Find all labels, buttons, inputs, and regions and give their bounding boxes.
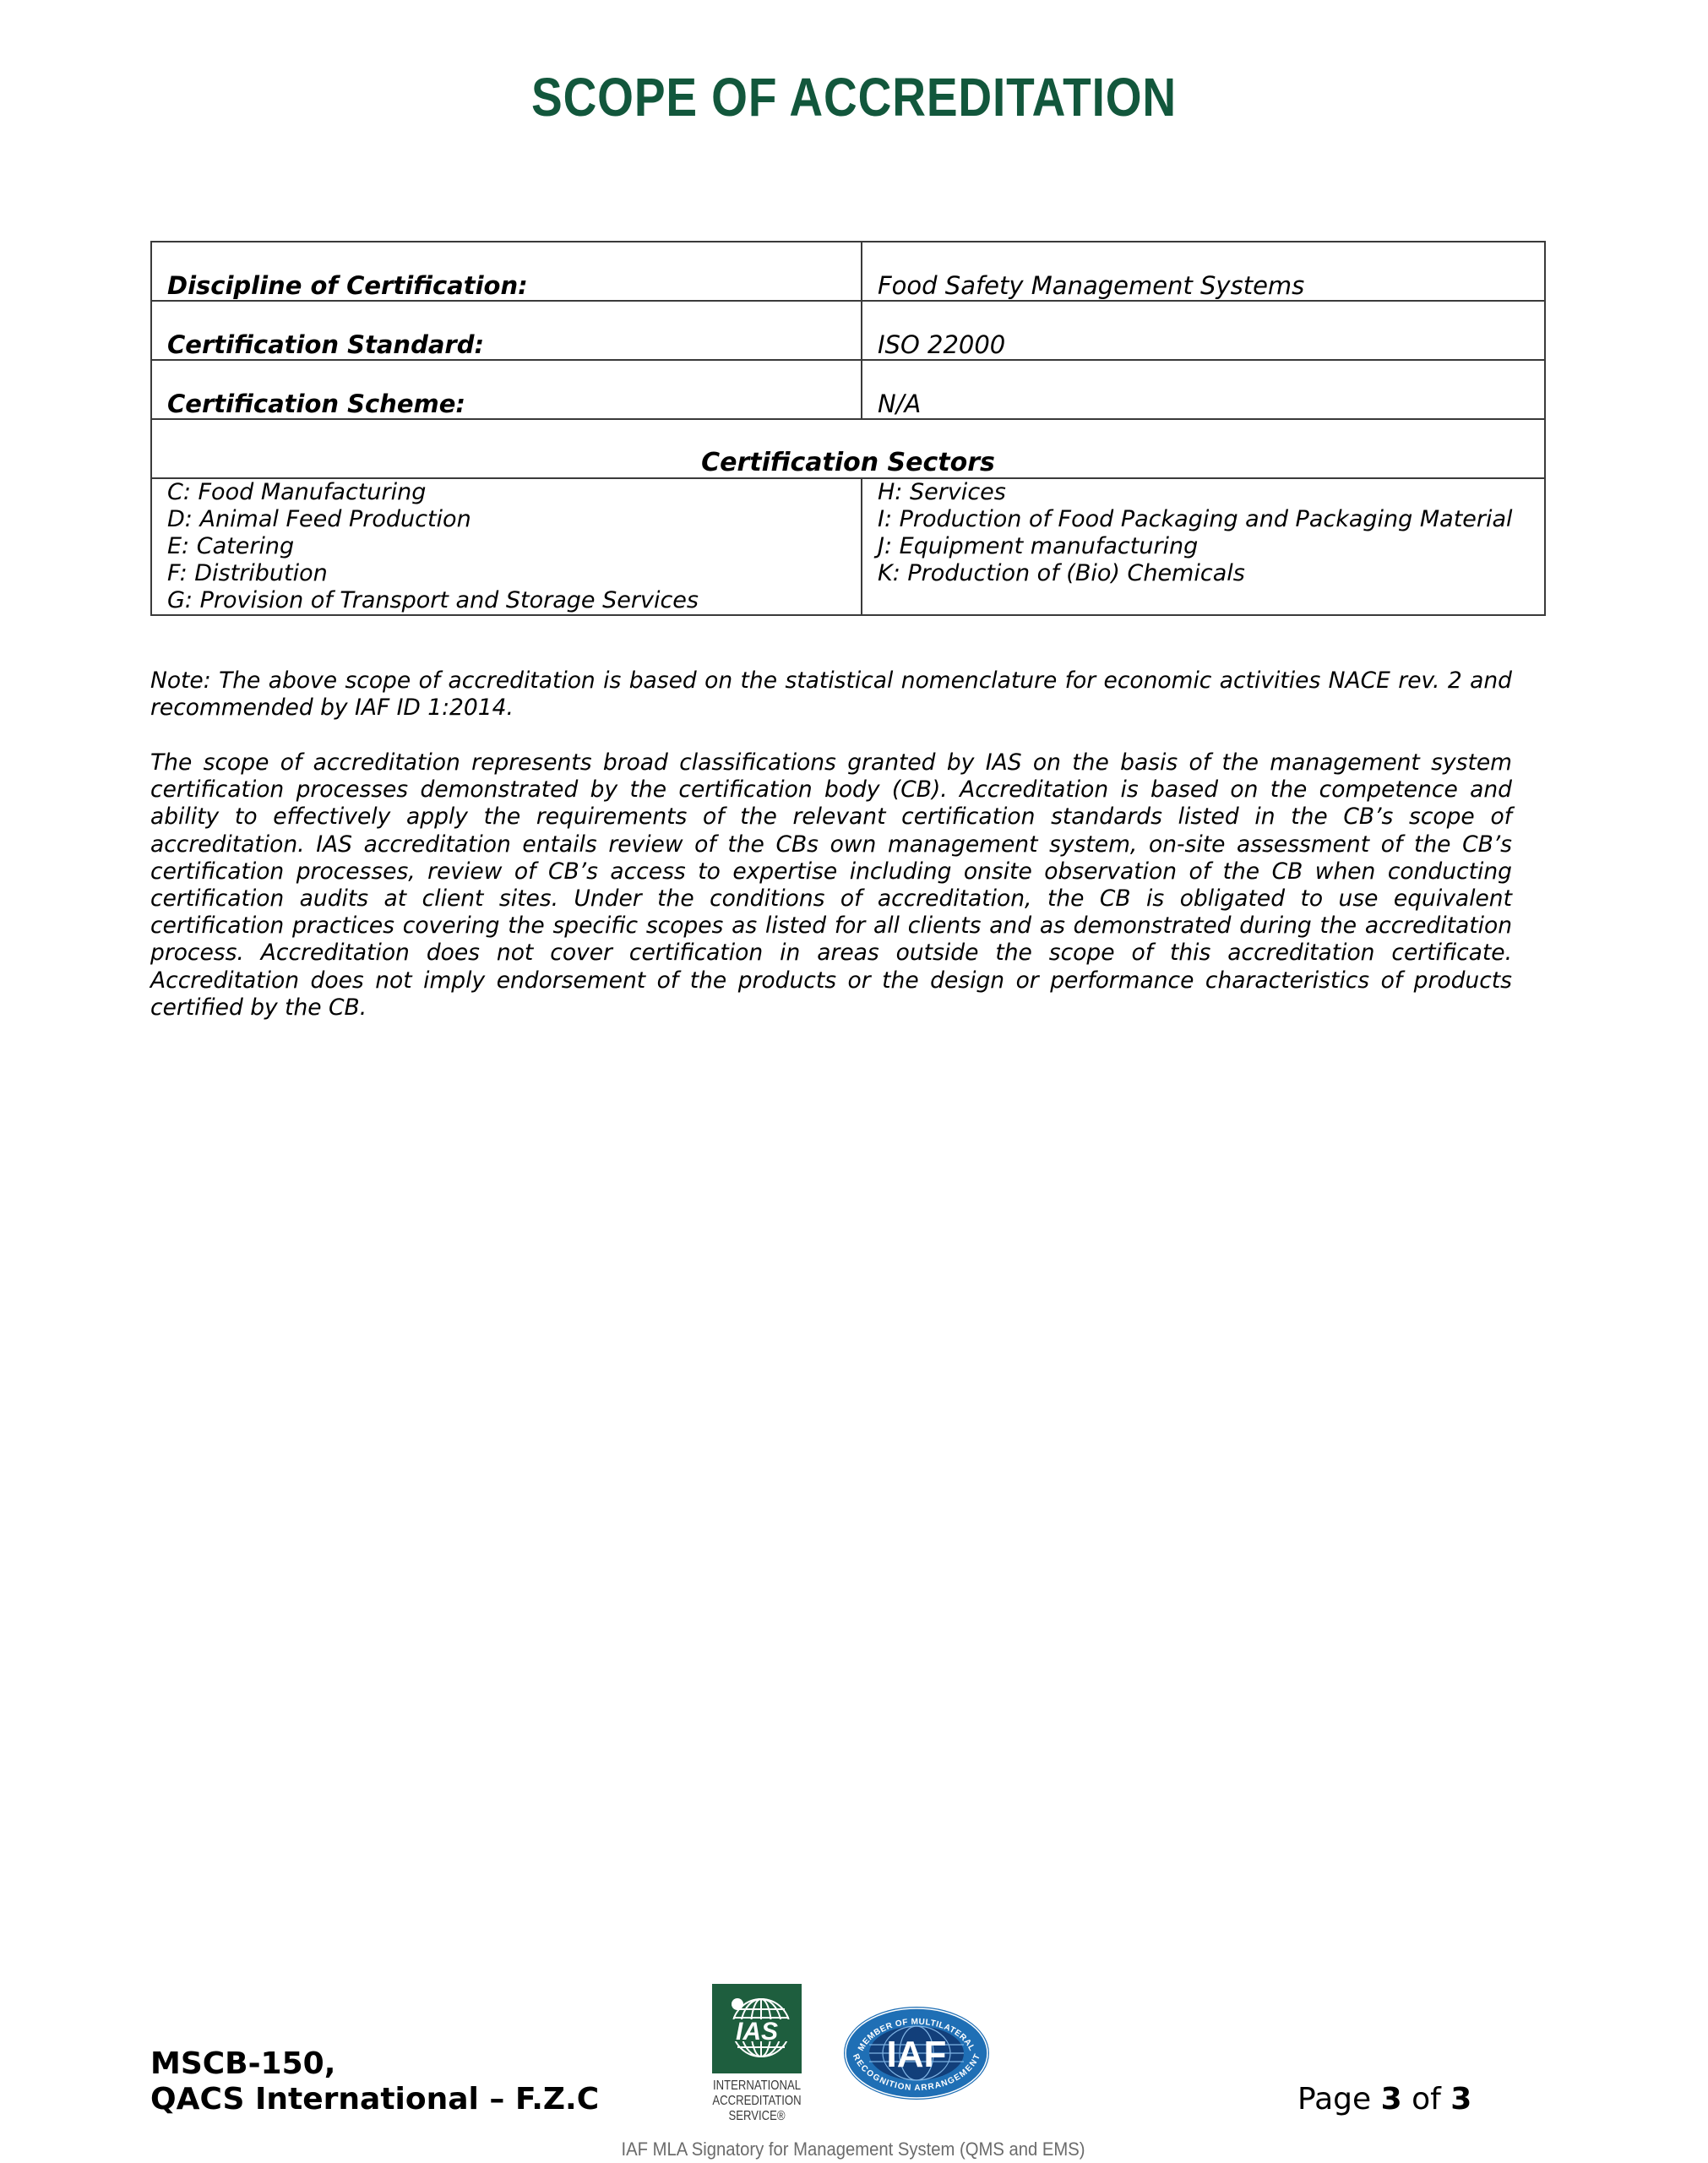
iaf-logo-text: IAF	[887, 2034, 947, 2075]
table-row: Discipline of Certification: Food Safety…	[151, 242, 1545, 301]
ias-caption: INTERNATIONAL ACCREDITATION SERVICE®	[709, 2079, 806, 2124]
ias-caption-line: INTERNATIONAL	[709, 2079, 806, 2094]
scope-description-paragraph: The scope of accreditation represents br…	[150, 749, 1512, 1022]
sector-item: H: Services	[878, 479, 1529, 506]
standard-label: Certification Standard:	[151, 301, 862, 360]
standard-value: ISO 22000	[862, 301, 1545, 360]
mla-signatory-caption: IAF MLA Signatory for Management System …	[612, 2138, 1094, 2160]
ias-caption-line: ACCREDITATION	[709, 2094, 806, 2109]
table-row: Certification Standard: ISO 22000	[151, 301, 1545, 360]
sector-item: D: Animal Feed Production	[167, 506, 846, 533]
cb-id: MSCB-150,	[150, 2046, 599, 2082]
sector-item: I: Production of Food Packaging and Pack…	[878, 506, 1529, 533]
sectors-row: C: Food Manufacturing D: Animal Feed Pro…	[151, 478, 1545, 615]
discipline-label: Discipline of Certification:	[151, 242, 862, 301]
ias-logo-icon: IAS	[712, 1984, 802, 2073]
page-of: of	[1412, 2082, 1441, 2117]
sector-item: J: Equipment manufacturing	[878, 533, 1529, 560]
scheme-label: Certification Scheme:	[151, 360, 862, 419]
sector-item: K: Production of (Bio) Chemicals	[878, 560, 1529, 587]
sectors-left-column: C: Food Manufacturing D: Animal Feed Pro…	[151, 478, 862, 615]
scheme-value: N/A	[862, 360, 1545, 419]
page-title: SCOPE OF ACCREDITATION	[120, 66, 1589, 128]
table-row: Certification Scheme: N/A	[151, 360, 1545, 419]
page-total: 3	[1450, 2082, 1471, 2117]
sector-item: G: Provision of Transport and Storage Se…	[167, 587, 846, 614]
sectors-heading: Certification Sectors	[151, 419, 1545, 478]
scope-table: Discipline of Certification: Food Safety…	[150, 241, 1546, 616]
sector-item: E: Catering	[167, 533, 846, 560]
footer-cb-info: MSCB-150, QACS International – F.Z.C	[150, 2046, 599, 2117]
ias-caption-line: SERVICE®	[709, 2109, 806, 2124]
page-current: 3	[1381, 2082, 1402, 2117]
sector-item: C: Food Manufacturing	[167, 479, 846, 506]
ias-logo-text: IAS	[736, 2018, 778, 2046]
page-word: Page	[1297, 2082, 1371, 2117]
cb-name: QACS International – F.Z.C	[150, 2082, 599, 2117]
sectors-right-column: H: Services I: Production of Food Packag…	[862, 478, 1545, 615]
note-paragraph: Note: The above scope of accreditation i…	[150, 667, 1512, 722]
page-indicator: Page 3 of 3	[1297, 2082, 1471, 2117]
sector-item: F: Distribution	[167, 560, 846, 587]
iaf-logo-icon: IAF MEMBER OF MULTILATERAL RECOGNITION A…	[843, 2006, 990, 2100]
sectors-header-row: Certification Sectors	[151, 419, 1545, 478]
discipline-value: Food Safety Management Systems	[862, 242, 1545, 301]
